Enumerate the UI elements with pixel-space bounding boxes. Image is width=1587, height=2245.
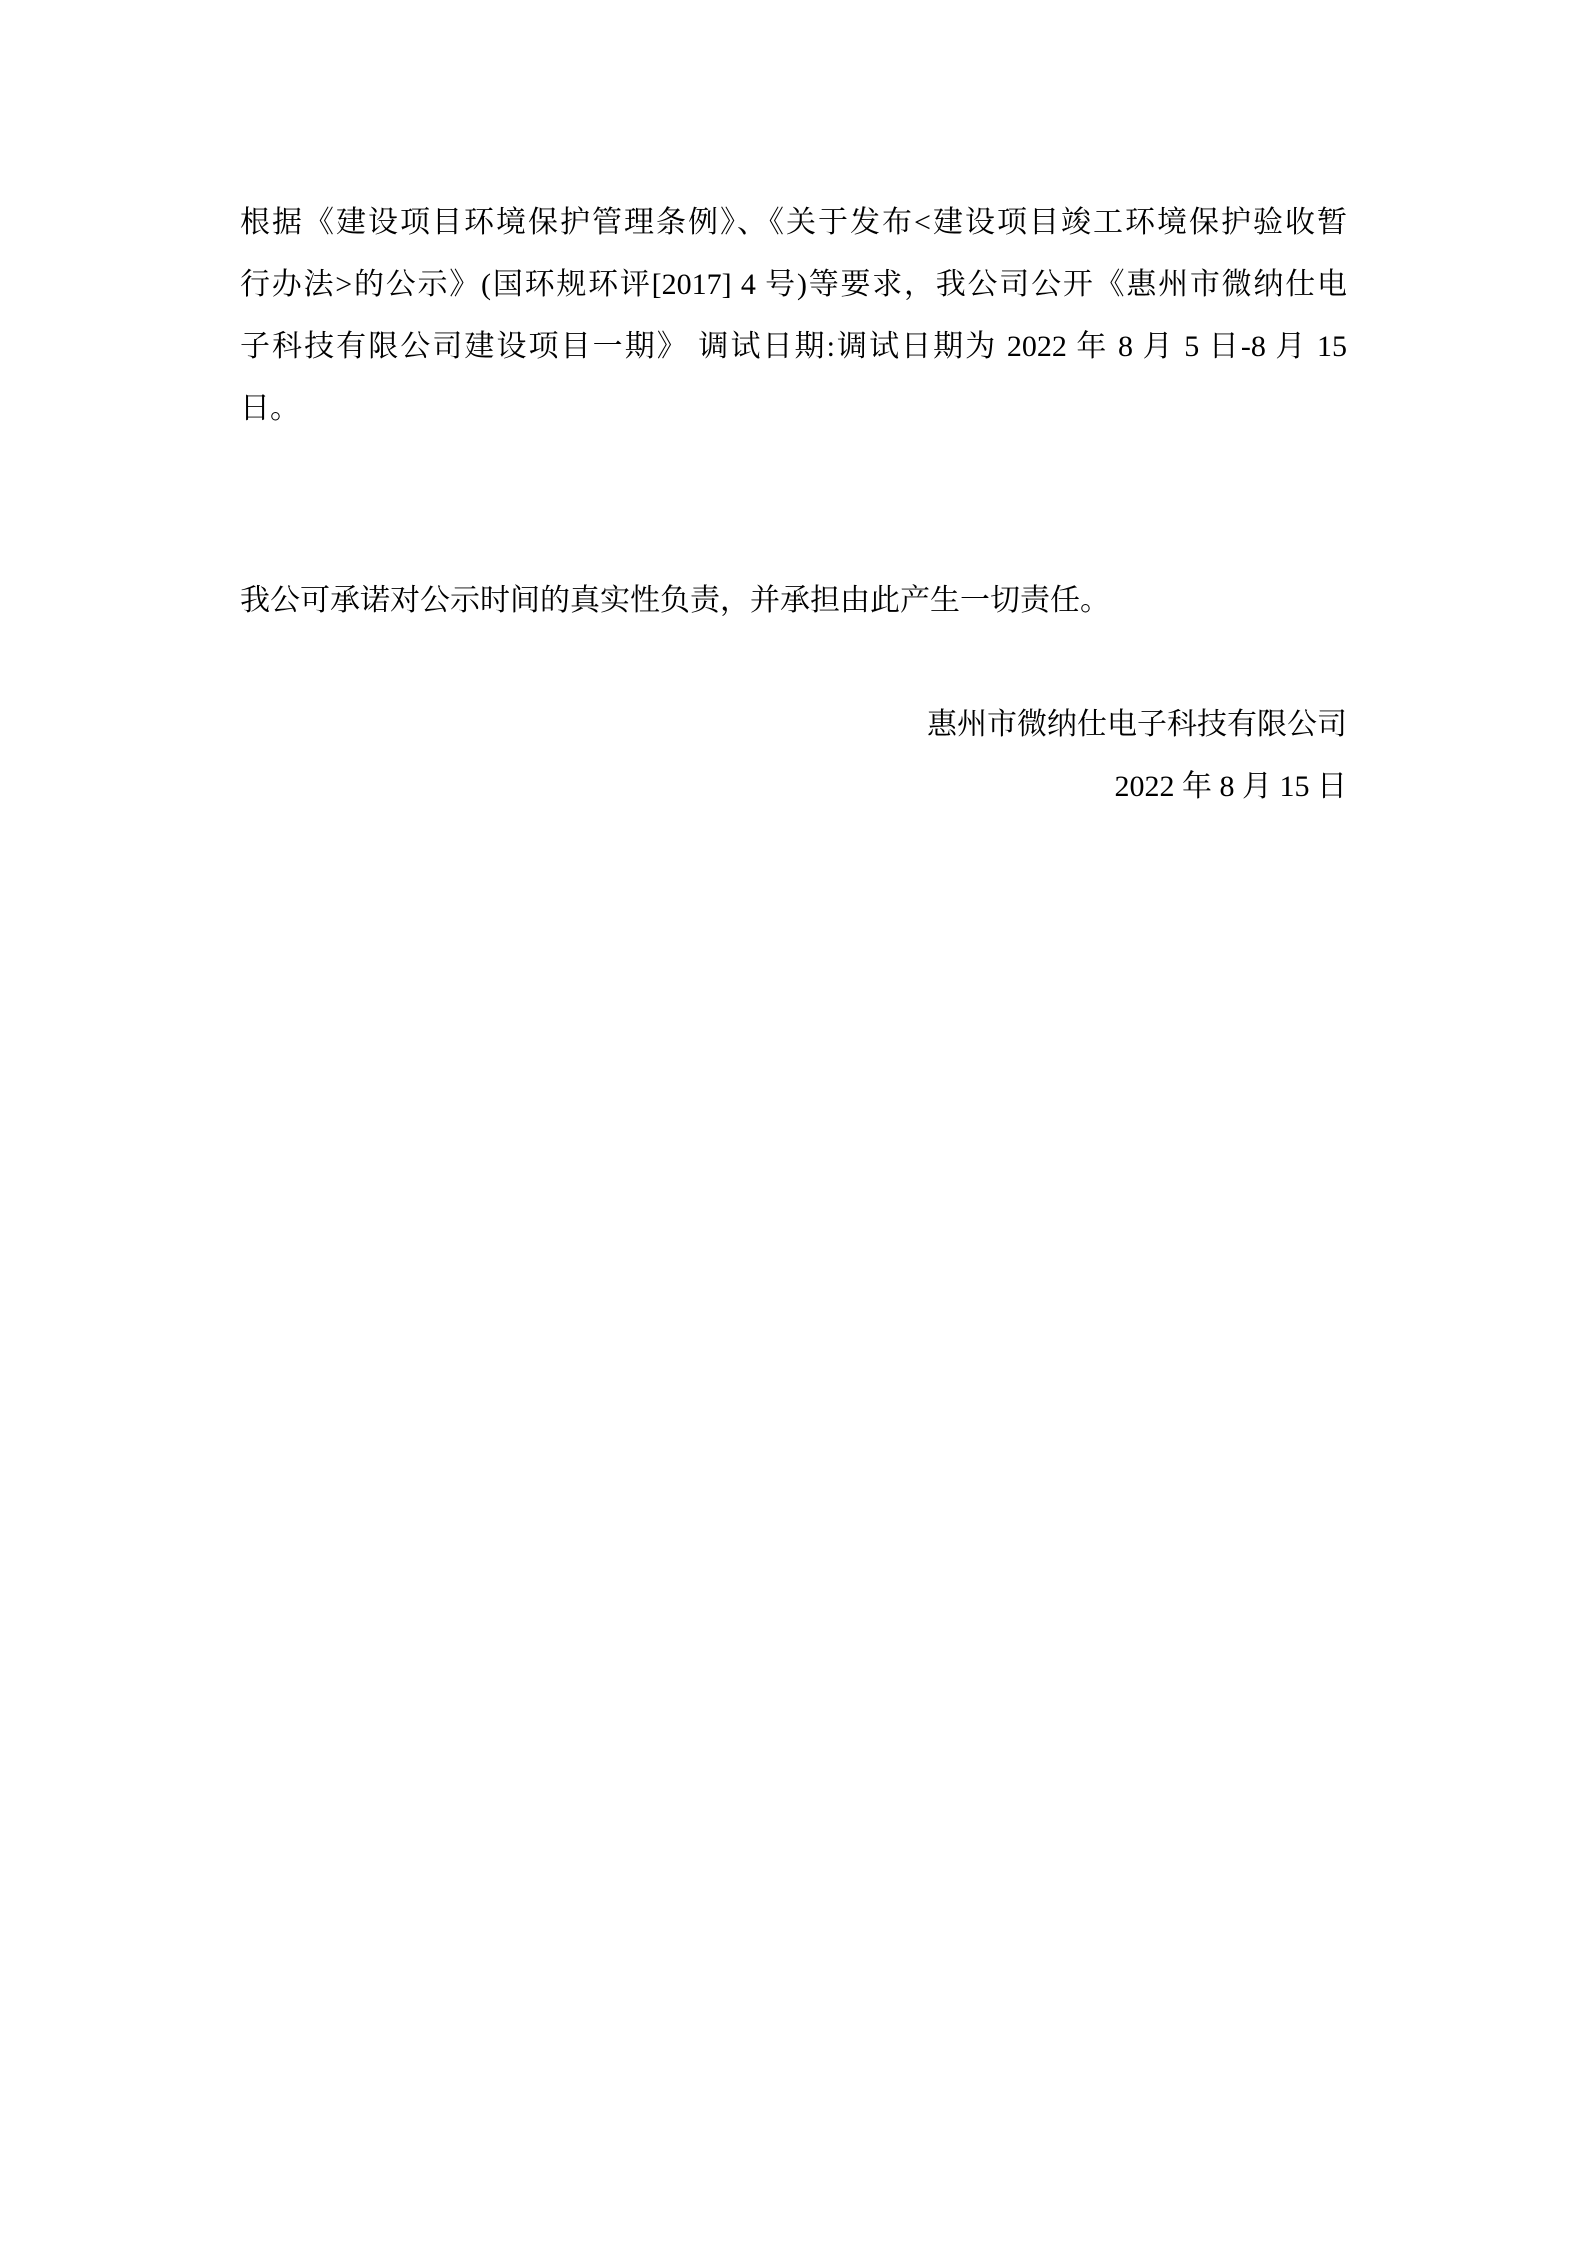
paragraph-line-3: 子科技有限公司建设项目一期》 调试日期:调试日期为 2022 年 8 月 5 日… bbox=[240, 316, 1347, 378]
signature-date: 2022 年 8 月 15 日 bbox=[240, 756, 1347, 818]
paragraph-line-1: 根据《建设项目环境保护管理条例》、《关于发布<建设项目竣工环境保护验收暂 bbox=[240, 192, 1347, 254]
paragraph-line-4: 日。 bbox=[240, 378, 1347, 440]
document-page: 根据《建设项目环境保护管理条例》、《关于发布<建设项目竣工环境保护验收暂 行办法… bbox=[0, 0, 1587, 2245]
paragraph-regulatory-basis: 根据《建设项目环境保护管理条例》、《关于发布<建设项目竣工环境保护验收暂 行办法… bbox=[240, 192, 1347, 440]
signature-company-name: 惠州市微纳仕电子科技有限公司 bbox=[240, 694, 1347, 756]
paragraph-line-2: 行办法>的公示》(国环规环评[2017] 4 号)等要求，我公司公开《惠州市微纳… bbox=[240, 254, 1347, 316]
signature-block: 惠州市微纳仕电子科技有限公司 2022 年 8 月 15 日 bbox=[240, 694, 1347, 818]
paragraph-commitment: 我公可承诺对公示时间的真实性负责，并承担由此产生一切责任。 bbox=[240, 570, 1347, 632]
